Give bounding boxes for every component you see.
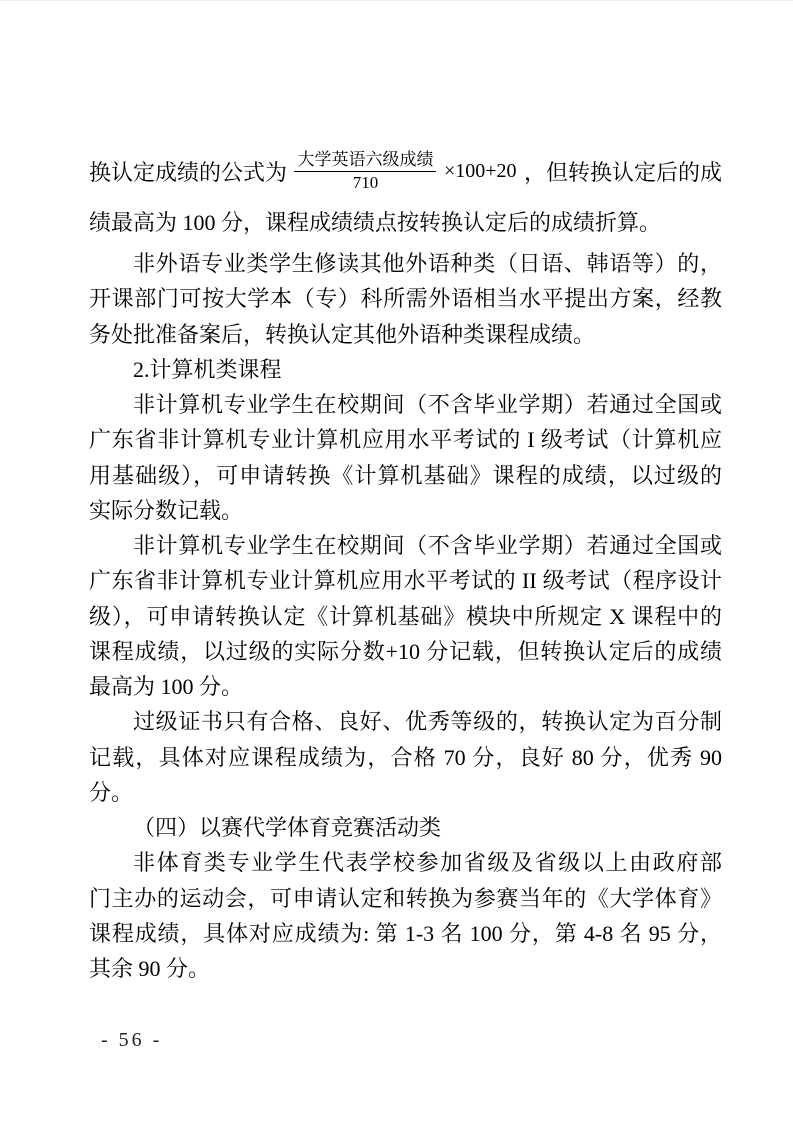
- text-line: 最高为 100 分。: [89, 669, 722, 704]
- text-line: 级），可申请转换认定《计算机基础》模块中所规定 X 课程中的: [89, 599, 722, 634]
- text-line: （四）以赛代学体育竞赛活动类: [89, 810, 722, 845]
- text-line: 开课部门可按大学本（专）科所需外语相当水平提出方案，经教: [89, 281, 722, 316]
- text-line: 过级证书只有合格、良好、优秀等级的，转换认定为百分制: [89, 704, 722, 739]
- text-line: 记载，具体对应课程成绩为，合格 70 分，良好 80 分，优秀 90: [89, 740, 722, 775]
- formula-expression: ×100+20: [444, 160, 517, 183]
- page-number: - 56 -: [101, 1029, 162, 1052]
- text-line: 非计算机专业学生在校期间（不含毕业学期）若通过全国或: [89, 528, 722, 563]
- text-line: 非外语专业类学生修读其他外语种类（日语、韩语等）的，: [89, 246, 722, 281]
- text-line: 2.计算机类课程: [89, 352, 722, 387]
- body-lines: 非外语专业类学生修读其他外语种类（日语、韩语等）的，开课部门可按大学本（专）科所…: [89, 246, 722, 986]
- text-line: 广东省非计算机专业计算机应用水平考试的 I 级考试（计算机应: [89, 422, 722, 457]
- formula-line: 换认定成绩的公式为 大学英语六级成绩 710 ×100+20 ，但转换认定后的成: [89, 143, 722, 199]
- text-line: 广东省非计算机专业计算机应用水平考试的 II 级考试（程序设计: [89, 563, 722, 598]
- text-line: 分。: [89, 775, 722, 810]
- text-line: 用基础级），可申请转换《计算机基础》课程的成绩，以过级的: [89, 458, 722, 493]
- text-line: 其余 90 分。: [89, 951, 722, 986]
- text-line: 课程成绩，具体对应成绩为: 第 1-3 名 100 分，第 4-8 名 95 分…: [89, 916, 722, 951]
- text-line: 务处批准备案后，转换认定其他外语种类课程成绩。: [89, 317, 722, 352]
- formula-intro-text: 换认定成绩的公式为: [89, 156, 287, 187]
- text-line: 绩最高为 100 分，课程成绩绩点按转换认定后的成绩折算。: [89, 199, 722, 246]
- fraction-numerator: 大学英语六级成绩: [294, 150, 436, 172]
- text-line: 门主办的运动会，可申请认定和转换为参赛当年的《大学体育》: [89, 881, 722, 916]
- text-line: 非体育类专业学生代表学校参加省级及省级以上由政府部: [89, 845, 722, 880]
- text-line: 课程成绩，以过级的实际分数+10 分记载，但转换认定后的成绩: [89, 634, 722, 669]
- formula-tail-text: ，但转换认定后的成: [524, 156, 722, 187]
- fraction-denominator: 710: [353, 172, 379, 193]
- text-line: 实际分数记载。: [89, 493, 722, 528]
- text-block: 换认定成绩的公式为 大学英语六级成绩 710 ×100+20 ，但转换认定后的成…: [89, 143, 722, 986]
- text-line: 非计算机专业学生在校期间（不含毕业学期）若通过全国或: [89, 387, 722, 422]
- document-page: 换认定成绩的公式为 大学英语六级成绩 710 ×100+20 ，但转换认定后的成…: [0, 0, 793, 1123]
- fraction: 大学英语六级成绩 710: [294, 150, 436, 192]
